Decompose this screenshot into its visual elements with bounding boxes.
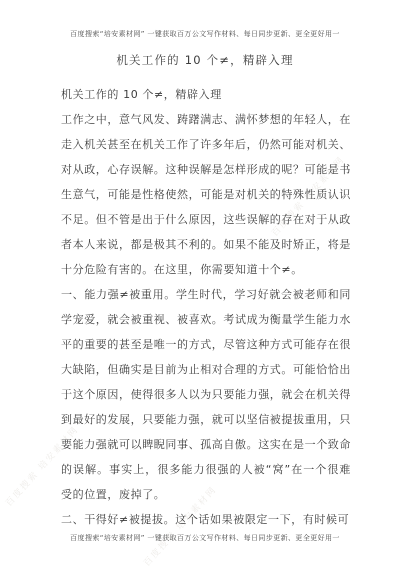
document-body: 机关工作的 10 个≠，精辟入理 工作之中，意气风发、踌躇满志、满怀梦想的年轻人… bbox=[61, 82, 351, 532]
page-title: 机关工作的 10 个≠，精辟入理 bbox=[0, 52, 410, 68]
footer-promo-text: 百度搜索“培安素材网” 一键获取百万公文写作材料、每日同步更新、更全更好用一 bbox=[0, 533, 410, 543]
paragraph: 二、干得好≠被提拔。这个话如果被限定一下，有时候可 bbox=[61, 507, 351, 532]
header-promo-text: 百度搜索“培安素材网” 一键获取百万公文写作材料、每日同步更新、更全更好用一 bbox=[0, 29, 410, 39]
paragraph: 机关工作的 10 个≠，精辟入理 bbox=[61, 82, 351, 107]
document-page: 百度搜索 培安素材网 百度搜索 培安素材网 百度搜索 培安素材网 百度搜索“培安… bbox=[0, 0, 410, 580]
paragraph: 工作之中，意气风发、踌躇满志、满怀梦想的年轻人，在走入机关甚至在机关工作了许多年… bbox=[61, 107, 351, 282]
paragraph: 一、能力强≠被重用。学生时代，学习好就会被老师和同学宠爱，就会被重视、被喜欢。考… bbox=[61, 282, 351, 507]
